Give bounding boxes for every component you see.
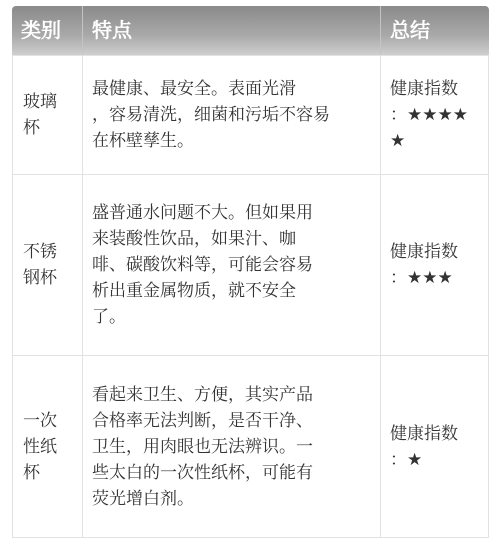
cell-features: 看起来卫生、方便，其实产品 合格率无法判断，是否干净、 卫生，用肉眼也无法辨识。… — [82, 356, 380, 537]
cell-category: 一次 性纸 杯 — [12, 356, 82, 537]
summary-text: 健康指数 ：★★★ — [390, 239, 458, 291]
category-text: 玻璃 杯 — [23, 89, 57, 141]
header-summary: 总结 — [380, 6, 489, 55]
cell-summary: 健康指数 ：★★★★ ★ — [380, 56, 489, 174]
cell-summary: 健康指数 ：★ — [380, 356, 489, 537]
header-category: 类别 — [12, 6, 82, 55]
table-row-paper-cup: 一次 性纸 杯 看起来卫生、方便，其实产品 合格率无法判断，是否干净、 卫生，用… — [12, 355, 489, 538]
cell-summary: 健康指数 ：★★★ — [380, 175, 489, 355]
features-text: 最健康、最安全。表面光滑 ，容易清洗，细菌和污垢不容易 在杯壁孳生。 — [92, 76, 330, 154]
category-text: 不锈 钢杯 — [23, 239, 57, 291]
cell-category: 不锈 钢杯 — [12, 175, 82, 355]
features-text: 盛普通水问题不大。但如果用 来装酸性饮品，如果汁、咖 啡、碳酸饮料等，可能会容易… — [92, 200, 313, 330]
table-row-steel-cup: 不锈 钢杯 盛普通水问题不大。但如果用 来装酸性饮品，如果汁、咖 啡、碳酸饮料等… — [12, 174, 489, 355]
cell-category: 玻璃 杯 — [12, 56, 82, 174]
comparison-table: 类别 特点 总结 玻璃 杯 最健康、最安全。表面光滑 ，容易清洗，细菌和污垢不容… — [12, 6, 489, 538]
table-row-glass-cup: 玻璃 杯 最健康、最安全。表面光滑 ，容易清洗，细菌和污垢不容易 在杯壁孳生。 … — [12, 55, 489, 174]
category-text: 一次 性纸 杯 — [23, 408, 57, 486]
table-header: 类别 特点 总结 — [12, 6, 489, 55]
cell-features: 最健康、最安全。表面光滑 ，容易清洗，细菌和污垢不容易 在杯壁孳生。 — [82, 56, 380, 174]
summary-text: 健康指数 ：★★★★ ★ — [390, 76, 468, 154]
summary-text: 健康指数 ：★ — [390, 421, 458, 473]
header-features: 特点 — [82, 6, 380, 55]
features-text: 看起来卫生、方便，其实产品 合格率无法判断，是否干净、 卫生，用肉眼也无法辨识。… — [92, 382, 313, 512]
cell-features: 盛普通水问题不大。但如果用 来装酸性饮品，如果汁、咖 啡、碳酸饮料等，可能会容易… — [82, 175, 380, 355]
